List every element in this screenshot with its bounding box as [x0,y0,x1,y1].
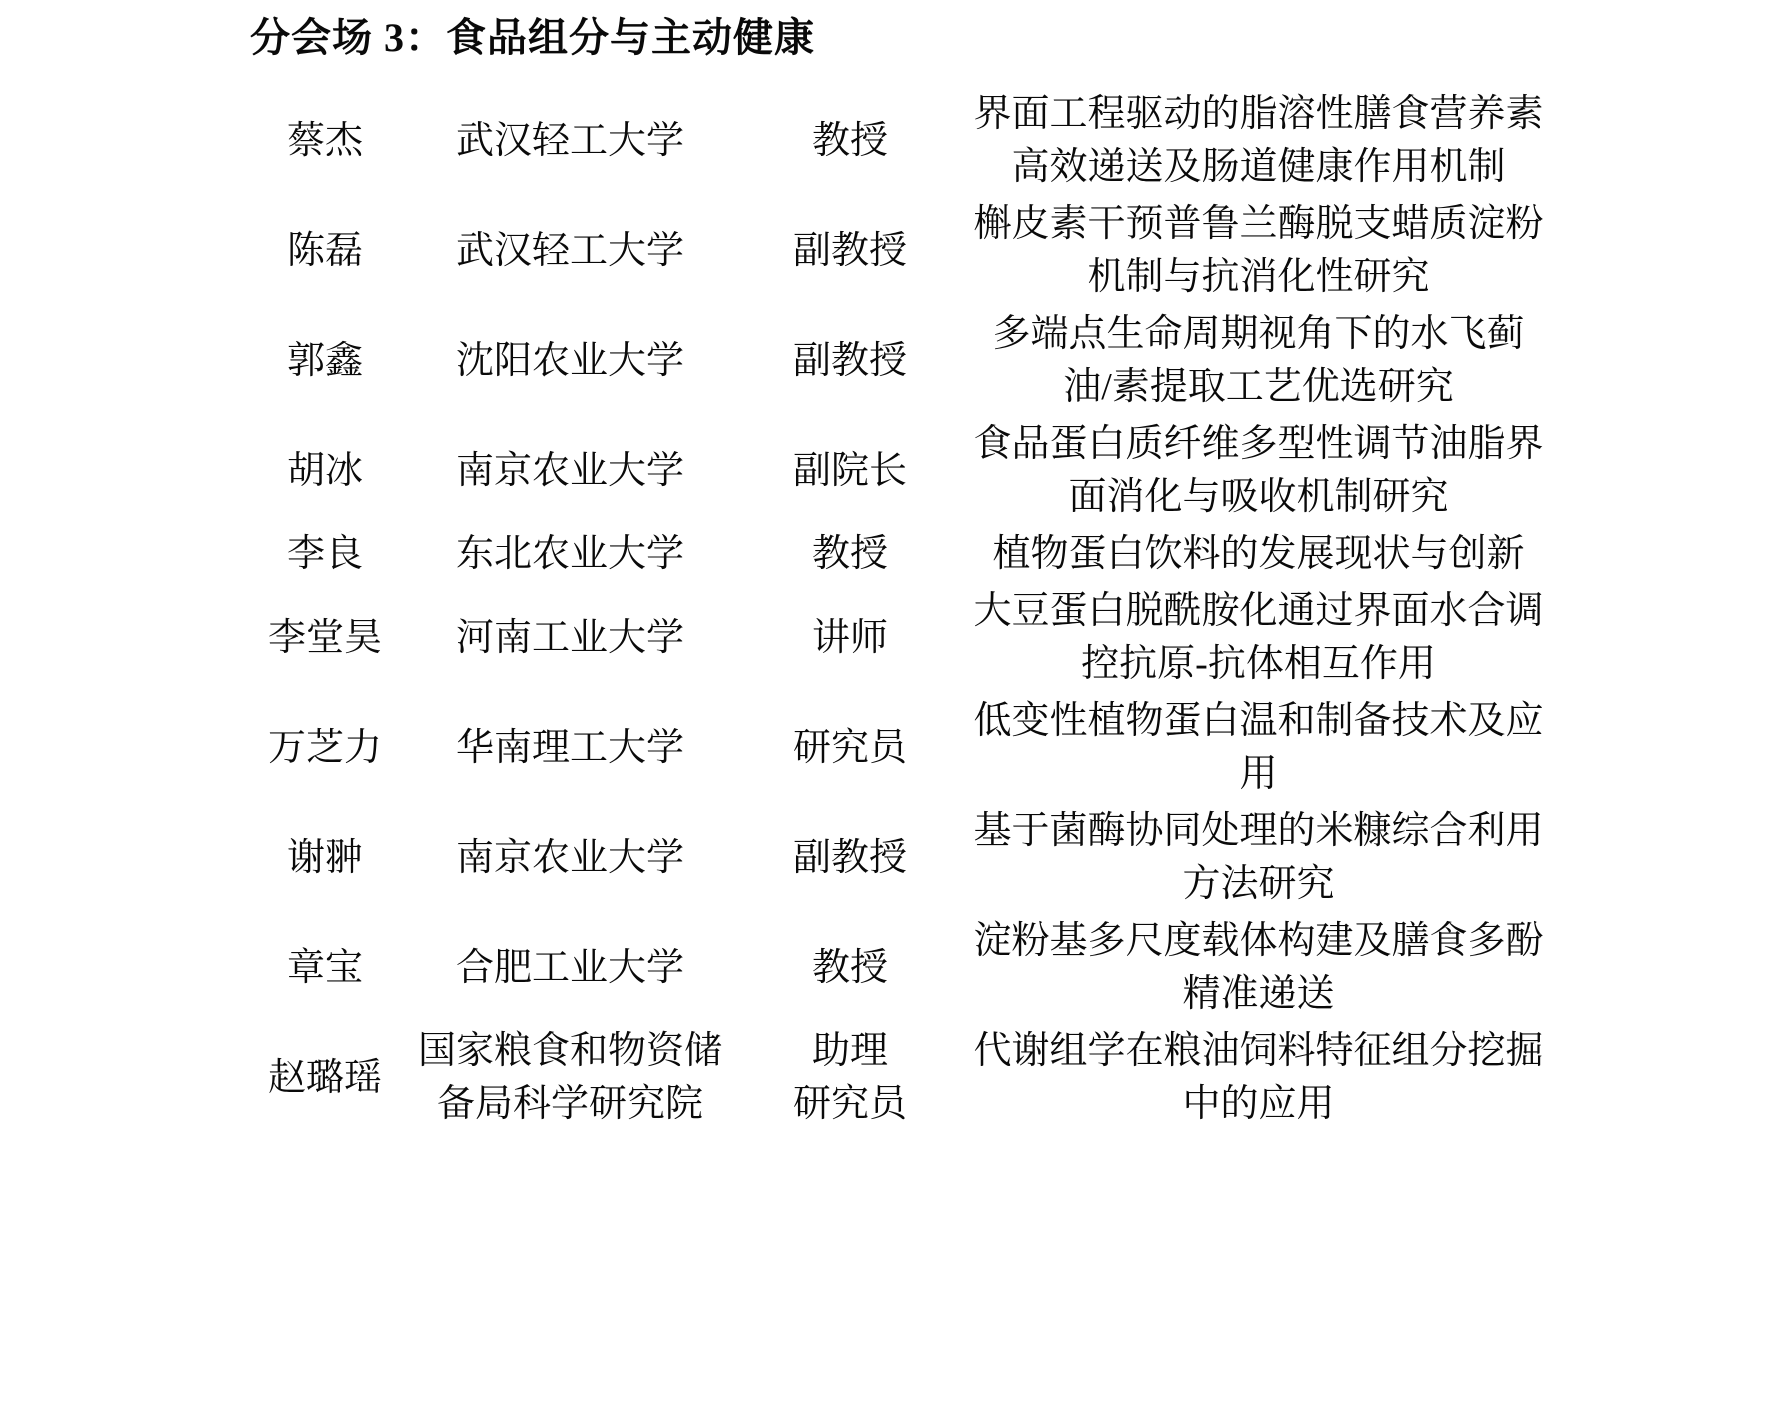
speaker-name: 郭鑫 [240,306,410,416]
talk-topic: 槲皮素干预普鲁兰酶脱支蜡质淀粉机制与抗消化性研究 [970,196,1547,306]
talk-topic: 低变性植物蛋白温和制备技术及应用 [970,693,1547,803]
table-row: 赵璐瑶 国家粮食和物资储备局科学研究院 助理 研究员 代谢组学在粮油饲料特征组分… [240,1023,1547,1133]
session-speaker-table: 蔡杰 武汉轻工大学 教授 界面工程驱动的脂溶性膳食营养素高效递送及肠道健康作用机… [240,86,1547,1133]
speaker-name: 万芝力 [240,693,410,803]
speaker-position: 副教授 [730,196,970,306]
speaker-affiliation: 合肥工业大学 [410,913,730,1023]
speaker-position: 副教授 [730,803,970,913]
speaker-position: 副教授 [730,306,970,416]
talk-topic: 植物蛋白饮料的发展现状与创新 [970,526,1547,583]
speaker-affiliation: 国家粮食和物资储备局科学研究院 [410,1023,730,1133]
speaker-name: 李良 [240,526,410,583]
speaker-affiliation: 沈阳农业大学 [410,306,730,416]
table-row: 蔡杰 武汉轻工大学 教授 界面工程驱动的脂溶性膳食营养素高效递送及肠道健康作用机… [240,86,1547,196]
speaker-position: 教授 [730,913,970,1023]
speaker-position: 研究员 [730,693,970,803]
speaker-affiliation: 华南理工大学 [410,693,730,803]
speaker-position: 讲师 [730,583,970,693]
speaker-position: 助理 研究员 [730,1023,970,1133]
table-row: 谢翀 南京农业大学 副教授 基于菌酶协同处理的米糠综合利用方法研究 [240,803,1547,913]
speaker-affiliation: 武汉轻工大学 [410,86,730,196]
talk-topic: 食品蛋白质纤维多型性调节油脂界面消化与吸收机制研究 [970,416,1547,526]
table-row: 郭鑫 沈阳农业大学 副教授 多端点生命周期视角下的水飞蓟油/素提取工艺优选研究 [240,306,1547,416]
table-row: 李堂昊 河南工业大学 讲师 大豆蛋白脱酰胺化通过界面水合调控抗原-抗体相互作用 [240,583,1547,693]
speaker-affiliation: 武汉轻工大学 [410,196,730,306]
speaker-affiliation: 南京农业大学 [410,416,730,526]
speaker-position: 副院长 [730,416,970,526]
table-row: 陈磊 武汉轻工大学 副教授 槲皮素干预普鲁兰酶脱支蜡质淀粉机制与抗消化性研究 [240,196,1547,306]
speaker-position: 教授 [730,526,970,583]
speaker-name: 赵璐瑶 [240,1023,410,1133]
speaker-name: 蔡杰 [240,86,410,196]
talk-topic: 基于菌酶协同处理的米糠综合利用方法研究 [970,803,1547,913]
table-row: 章宝 合肥工业大学 教授 淀粉基多尺度载体构建及膳食多酚精准递送 [240,913,1547,1023]
speaker-affiliation: 东北农业大学 [410,526,730,583]
talk-topic: 界面工程驱动的脂溶性膳食营养素高效递送及肠道健康作用机制 [970,86,1547,196]
speaker-name: 谢翀 [240,803,410,913]
speaker-name: 李堂昊 [240,583,410,693]
session-title: 分会场 3：食品组分与主动健康 [250,14,1786,62]
speaker-affiliation: 河南工业大学 [410,583,730,693]
table-row: 万芝力 华南理工大学 研究员 低变性植物蛋白温和制备技术及应用 [240,693,1547,803]
table-row: 李良 东北农业大学 教授 植物蛋白饮料的发展现状与创新 [240,526,1547,583]
talk-topic: 淀粉基多尺度载体构建及膳食多酚精准递送 [970,913,1547,1023]
speaker-name: 章宝 [240,913,410,1023]
talk-topic: 多端点生命周期视角下的水飞蓟油/素提取工艺优选研究 [970,306,1547,416]
talk-topic: 代谢组学在粮油饲料特征组分挖掘中的应用 [970,1023,1547,1133]
speaker-position: 教授 [730,86,970,196]
speaker-name: 陈磊 [240,196,410,306]
speaker-name: 胡冰 [240,416,410,526]
talk-topic: 大豆蛋白脱酰胺化通过界面水合调控抗原-抗体相互作用 [970,583,1547,693]
speaker-affiliation: 南京农业大学 [410,803,730,913]
session-table-body: 蔡杰 武汉轻工大学 教授 界面工程驱动的脂溶性膳食营养素高效递送及肠道健康作用机… [240,86,1547,1133]
table-row: 胡冰 南京农业大学 副院长 食品蛋白质纤维多型性调节油脂界面消化与吸收机制研究 [240,416,1547,526]
